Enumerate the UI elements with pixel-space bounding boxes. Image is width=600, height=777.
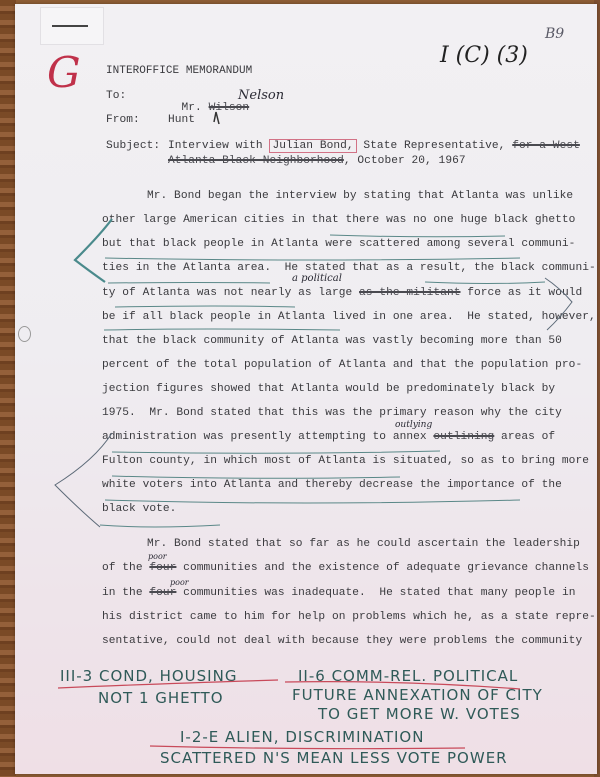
p2-line-3-tail: communities was inadequate. He stated th…: [176, 587, 575, 599]
p1-line-8: percent of the total population of Atlan…: [102, 359, 582, 371]
p1-line-11: administration was presently attempting …: [102, 431, 555, 443]
p1-line-5-tail: force as it would: [461, 287, 583, 299]
to-struck-name: Wilson: [209, 102, 250, 114]
subject-title: State Representative,: [363, 140, 505, 152]
p1-line-5-text: ty of Atlanta was not nearly as large: [102, 287, 352, 299]
note-3-detail: SCATTERED N'S MEAN LESS VOTE POWER: [160, 749, 508, 767]
subject-struck-2: Atlanta Black Neighborhood: [168, 155, 344, 167]
p1-line-7: that the black community of Atlanta was …: [102, 335, 562, 347]
p1-line-4: ties in the Atlanta area. He stated that…: [102, 262, 596, 274]
p1-line-10: 1975. Mr. Bond stated that this was the …: [102, 407, 562, 419]
subject-date: , October 20, 1967: [344, 155, 466, 167]
subject-struck-1: for a West: [512, 140, 580, 152]
box-code: B9: [545, 26, 564, 42]
desk-surface-left: [0, 0, 16, 777]
note-3-code: I-2-E ALIEN, DISCRIMINATION: [180, 728, 424, 746]
p2-line-1: Mr. Bond stated that so far as he could …: [147, 538, 580, 550]
p2-line-3-text: in the: [102, 587, 143, 599]
p1-line-6: be if all black people in Atlanta lived …: [102, 311, 596, 323]
to-field: Mr. Wilson: [168, 90, 249, 114]
p2-line-3-struck: four: [149, 587, 176, 599]
subject-prefix: Interview with: [168, 140, 263, 152]
note-2-detail-2: TO GET MORE W. VOTES: [318, 705, 521, 723]
p1-line-9-text: jection: [102, 383, 149, 395]
p1-line-9-tail: figures showed that Atlanta would be pre…: [149, 383, 555, 395]
subject-label: Subject:: [106, 140, 160, 152]
p2-line-3-insert: poor: [170, 578, 189, 587]
p1-line-3: but that black people in Atlanta were sc…: [102, 238, 575, 250]
p2-line-2-text: of the: [102, 562, 143, 574]
subject-name-boxed: Julian Bond,: [269, 139, 356, 153]
p2-line-3: in the four communities was inadequate. …: [102, 587, 575, 599]
p2-line-2-struck: four: [149, 562, 176, 574]
p1-line-2: other large American cities in that ther…: [102, 214, 575, 226]
archive-sticker: [40, 7, 104, 45]
to-label: To:: [106, 90, 126, 102]
p1-line-11-tail: areas of: [494, 431, 555, 443]
p2-line-4: his district came to him for help on pro…: [102, 611, 596, 623]
from-label: From:: [106, 114, 140, 126]
subject-line-1: Interview with Julian Bond, State Repres…: [168, 140, 580, 152]
p2-line-2-insert: poor: [148, 552, 167, 561]
subject-line-2: Atlanta Black Neighborhood, October 20, …: [168, 155, 466, 167]
p2-line-2: of the four communities and the existenc…: [102, 562, 589, 574]
to-handwritten-name: Nelson: [238, 88, 284, 103]
note-1-detail: NOT 1 GHETTO: [98, 689, 224, 707]
p2-line-5: sentative, could not deal with because t…: [102, 635, 582, 647]
memo-title: INTEROFFICE MEMORANDUM: [106, 65, 252, 77]
note-2-detail: FUTURE ANNEXATION OF CITY: [292, 686, 543, 704]
p1-line-11-struck: outlining: [433, 431, 494, 443]
grade-mark: G: [47, 52, 81, 94]
p1-line-1: Mr. Bond began the interview by stating …: [147, 190, 573, 202]
p1-line-12: Fulton county, in which most of Atlanta …: [102, 455, 589, 467]
note-1-code: III-3 COND, HOUSING: [60, 667, 237, 685]
p2-line-2-tail: communities and the existence of adequat…: [176, 562, 589, 574]
p1-line-11-text: administration was presently attempting …: [102, 431, 427, 443]
p1-line-5: ty of Atlanta was not nearly as large as…: [102, 287, 582, 299]
punch-hole: [18, 326, 31, 342]
p1-line-13: white voters into Atlanta and thereby de…: [102, 479, 562, 491]
p1-line-5-struck: as the militant: [359, 287, 460, 299]
sticker-dash: [52, 25, 88, 27]
p1-line-9: jection figures showed that Atlanta woul…: [102, 383, 555, 395]
note-2-code: II-6 COMM-REL. POLITICAL: [298, 667, 518, 685]
file-code: I (C) (3): [440, 43, 528, 68]
p1-line-11-insert: outlying: [395, 420, 432, 430]
p1-line-5-insert: a political: [292, 273, 342, 284]
to-prefix: Mr.: [182, 102, 202, 114]
p1-line-14: black vote.: [102, 503, 176, 515]
from-value: Hunt: [168, 114, 195, 126]
